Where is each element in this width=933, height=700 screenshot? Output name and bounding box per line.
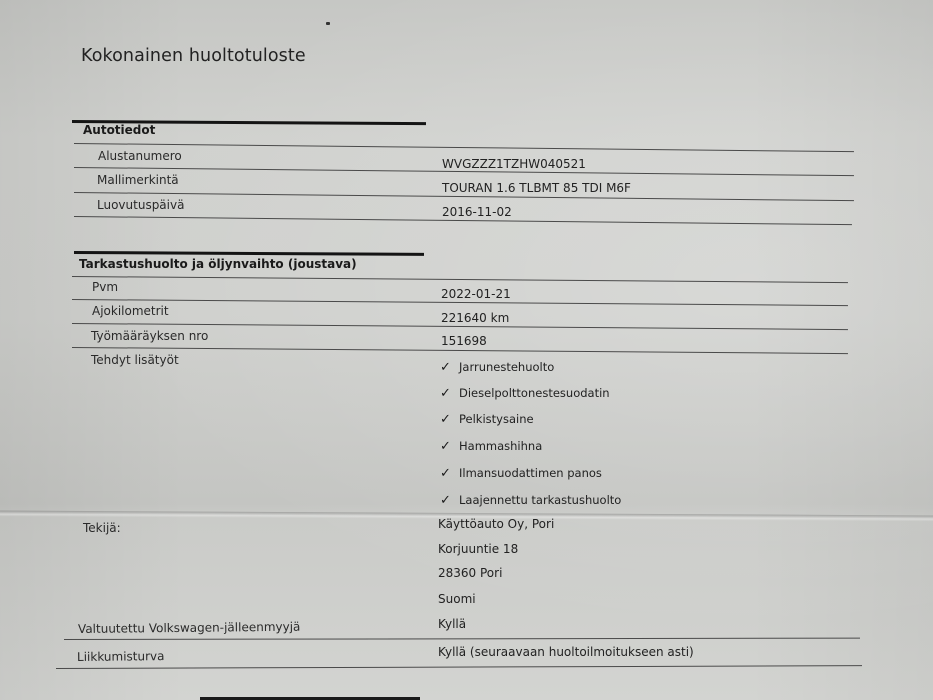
page-title: Kokonainen huoltotuloste [81, 46, 306, 66]
performer-country: Suomi [438, 592, 476, 606]
mileage-value: 221640 km [441, 311, 509, 325]
check-icon: ✓ [440, 493, 454, 508]
mobility-guarantee-label: Liikkumisturva [77, 649, 165, 664]
extra-work-item: ✓Jarrunestehuolto [440, 360, 554, 375]
row-rule [72, 276, 848, 283]
section-divider-service [74, 251, 424, 256]
model-value: TOURAN 1.6 TLBMT 85 TDI M6F [442, 181, 631, 195]
model-label: Mallimerkintä [97, 173, 179, 187]
performer-postal: 28360 Pori [438, 566, 502, 580]
performer-street: Korjuuntie 18 [438, 542, 518, 556]
section-heading-service: Tarkastushuolto ja öljynvaihto (joustava… [79, 257, 357, 271]
date-value: 2022-01-21 [441, 287, 511, 301]
authorized-dealer-value: Kyllä [438, 617, 466, 631]
extra-work-item: ✓Hammashihna [440, 439, 542, 454]
row-rule [72, 347, 848, 354]
authorized-dealer-label: Valtuutettu Volkswagen-jälleenmyyjä [78, 620, 301, 636]
check-icon: ✓ [440, 386, 454, 401]
mobility-guarantee-value: Kyllä (seuraavaan huoltoilmoitukseen ast… [438, 645, 694, 659]
section-heading-vehicle: Autotiedot [83, 123, 155, 137]
service-printout: Kokonainen huoltotuloste Autotiedot Alus… [0, 0, 933, 700]
vin-label: Alustanumero [98, 149, 182, 163]
check-icon: ✓ [440, 439, 454, 454]
vin-value: WVGZZZ1TZHW040521 [442, 157, 586, 171]
extra-work-item: ✓Pelkistysaine [440, 412, 534, 427]
mileage-label: Ajokilometrit [92, 304, 169, 318]
row-rule [74, 143, 854, 152]
check-icon: ✓ [440, 412, 454, 427]
row-rule [64, 638, 860, 640]
date-label: Pvm [92, 280, 118, 294]
extra-work-label: Tehdyt lisätyöt [91, 353, 179, 367]
extra-work-item: ✓Laajennettu tarkastushuolto [440, 493, 621, 508]
check-icon: ✓ [440, 360, 454, 375]
delivery-date-value: 2016-11-02 [442, 205, 512, 219]
extra-work-item: ✓Ilmansuodattimen panos [440, 466, 602, 481]
performer-label: Tekijä: [83, 521, 121, 535]
work-order-value: 151698 [441, 334, 487, 348]
check-icon: ✓ [440, 466, 454, 481]
row-rule [56, 665, 862, 669]
delivery-date-label: Luovutuspäivä [97, 198, 184, 212]
extra-work-item: ✓Dieselpolttonestesuodatin [440, 386, 610, 401]
work-order-label: Työmääräyksen nro [91, 329, 208, 343]
